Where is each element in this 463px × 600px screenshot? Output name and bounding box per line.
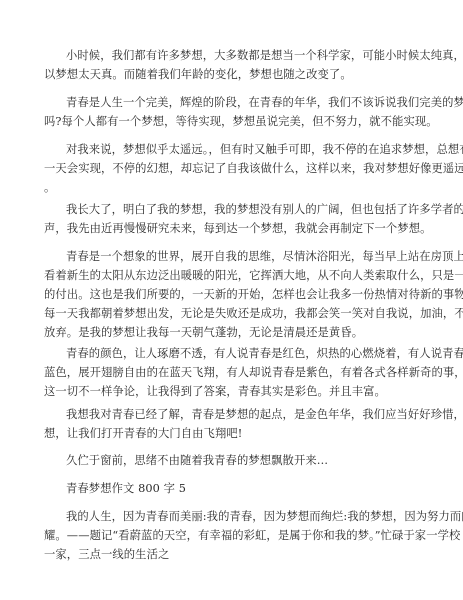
text-line: 我想我对青春已经了解，青春是梦想的起点，是金色年华，我们应当好好珍惜，梦 bbox=[44, 405, 424, 424]
text-line: 青春是一个想象的世界，展开自我的思维，尽情沐浴阳光，每当早上站在房顶上， bbox=[44, 247, 424, 266]
text-line: 看着新生的太阳从东边泛出暖暖的阳光，它挥洒大地，从不向人类索取什么，只是一味 bbox=[44, 266, 424, 285]
section-heading: 青春梦想作文 800 字 5 bbox=[44, 479, 424, 498]
text-line: 声，我先由近再慢慢研究未来，每到达一个梦想，我就会再制定下一个梦想。 bbox=[44, 219, 424, 238]
paragraph-childhood-dreams: 小时候，我们都有许多梦想，大多数都是想当一个科学家，可能小时候太纯真，所 以梦想… bbox=[44, 46, 424, 84]
paragraph-dream-far: 对我来说，梦想似乎太遥远。，但有时又触手可即，我不停的在追求梦想，总想有 一天会… bbox=[44, 140, 424, 197]
paragraph-youth-color: 青春的颜色，让人琢磨不透，有人说青春是红色，炽热的心燃烧着，有人说青春是 蓝色，… bbox=[44, 344, 424, 401]
text-line: 一天会实现，不停的幻想，却忘记了自我该做什么，这样以来，我对梦想好像更遥远了 bbox=[44, 159, 424, 178]
text-line: 小时候，我们都有许多梦想，大多数都是想当一个科学家，可能小时候太纯真，所 bbox=[44, 46, 424, 65]
document-page: 小时候，我们都有许多梦想，大多数都是想当一个科学家，可能小时候太纯真，所 以梦想… bbox=[0, 0, 463, 600]
text-line: 放弃。是我的梦想让我每一天朝气蓬勃，无论是清晨还是黄昏。 bbox=[44, 323, 424, 342]
paragraph-youth-perfect: 青春是人生一个完美，辉煌的阶段，在青春的年华，我们不该诉说我们完美的梦想 吗?每… bbox=[44, 93, 424, 131]
text-line: 每一天我都朝着梦想出发，无论是失败还是成功，我都会笑一笑对自我说，加油，不要 bbox=[44, 304, 424, 323]
text-line: 一家，三点一线的生活之 bbox=[44, 545, 424, 564]
text-line: 青春是人生一个完美，辉煌的阶段，在青春的年华，我们不该诉说我们完美的梦想 bbox=[44, 93, 424, 112]
text-line: 吗?每个人都有一个梦想，等待实现，梦想虽说完美，但不努力，就不能实现。 bbox=[44, 112, 424, 131]
text-line: 青春的颜色，让人琢磨不透，有人说青春是红色，炽热的心燃烧着，有人说青春是 bbox=[44, 344, 424, 363]
text-line: 想，让我们打开青春的大门自由飞翔吧! bbox=[44, 424, 424, 443]
text-line: 我长大了，明白了我的梦想，我的梦想没有别人的广阔，但也包括了许多学者的心 bbox=[44, 200, 424, 219]
text-line: 我的人生，因为青春而美丽:我的青春，因为梦想而绚烂:我的梦想，因为努力而闪 bbox=[44, 507, 424, 526]
text-line: 这一切不一样争论，让我得到了答案，青春其实是彩色。并且丰富。 bbox=[44, 382, 424, 401]
essay-subtitle: 青春梦想作文 800 字 5 bbox=[44, 479, 424, 498]
text-line: 。 bbox=[44, 178, 424, 197]
paragraph-youth-starting-point: 我想我对青春已经了解，青春是梦想的起点，是金色年华，我们应当好好珍惜，梦 想，让… bbox=[44, 405, 424, 443]
text-line: 对我来说，梦想似乎太遥远。，但有时又触手可即，我不停的在追求梦想，总想有 bbox=[44, 140, 424, 159]
paragraph-grown-up: 我长大了，明白了我的梦想，我的梦想没有别人的广阔，但也包括了许多学者的心 声，我… bbox=[44, 200, 424, 238]
text-line: 蓝色，展开翅膀自由的在蓝天飞翔，有人却说青春是紫色，有着各式各样新奇的事，… bbox=[44, 363, 424, 382]
paragraph-imagination-world: 青春是一个想象的世界，展开自我的思维，尽情沐浴阳光，每当早上站在房顶上， 看着新… bbox=[44, 247, 424, 342]
paragraph-my-life: 我的人生，因为青春而美丽:我的青春，因为梦想而绚烂:我的梦想，因为努力而闪 耀。… bbox=[44, 507, 424, 564]
text-line: 耀。——题记“看蔚蓝的天空，有幸福的彩虹，是属于你和我的梦。”忙碌于家一学校 bbox=[44, 526, 424, 545]
text-line: 的付出。这也是我们所要的，一天新的开始，怎样也会让我多一份热情对待新的事物， bbox=[44, 285, 424, 304]
text-line: 以梦想太天真。而随着我们年龄的变化，梦想也随之改变了。 bbox=[44, 65, 424, 84]
text-line: 久伫于窗前，思绪不由随着我青春的梦想飘散开来… bbox=[44, 451, 424, 470]
paragraph-by-window: 久伫于窗前，思绪不由随着我青春的梦想飘散开来… bbox=[44, 451, 424, 470]
